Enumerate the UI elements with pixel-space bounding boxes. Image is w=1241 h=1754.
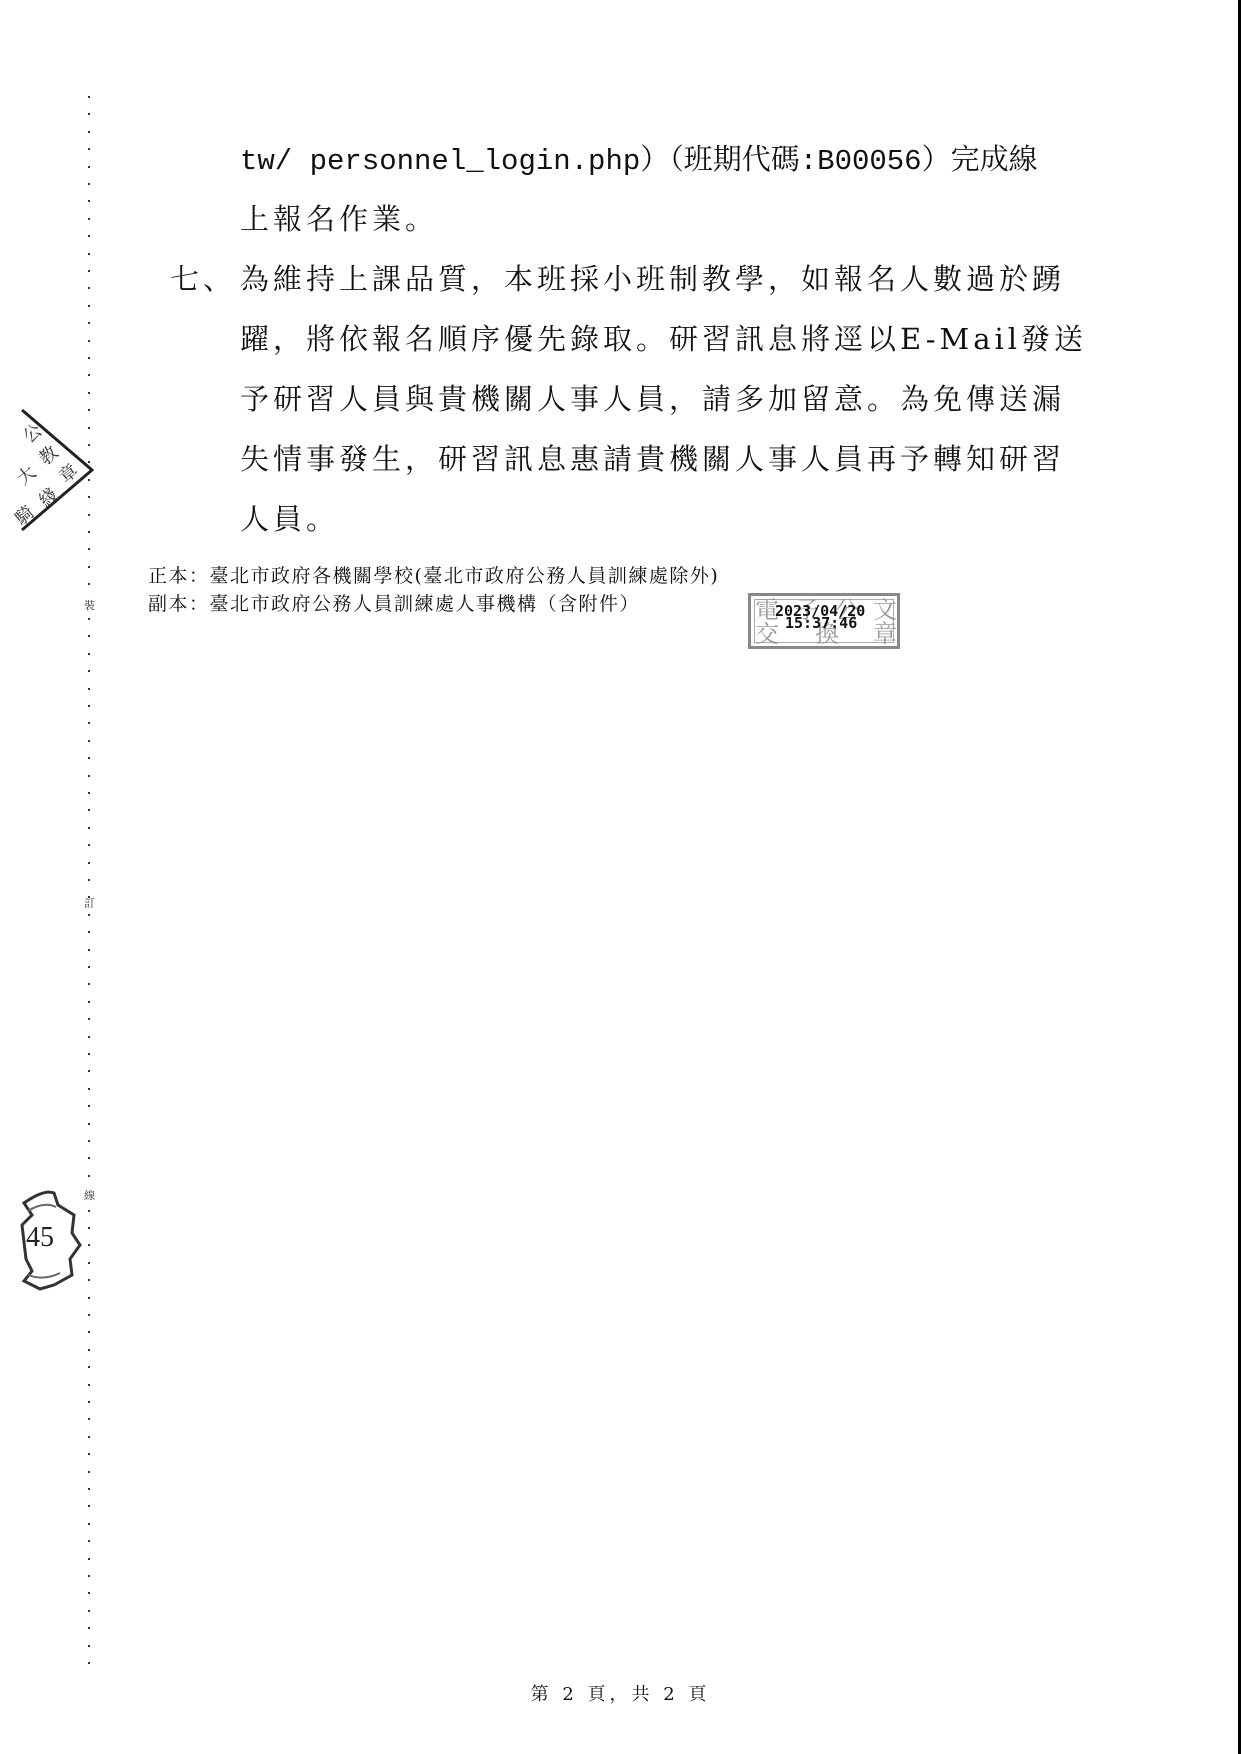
binding-dot bbox=[88, 1523, 90, 1525]
svg-text:公: 公 bbox=[19, 420, 46, 448]
svg-text:騎: 騎 bbox=[14, 502, 38, 530]
binding-dot bbox=[88, 1662, 90, 1664]
binding-dot bbox=[88, 1540, 90, 1542]
svg-text:綫: 綫 bbox=[35, 484, 62, 512]
binding-dot bbox=[88, 166, 90, 168]
stamp-char: 文 bbox=[873, 598, 897, 622]
binding-dot bbox=[88, 183, 90, 185]
binding-dot bbox=[88, 931, 90, 933]
binding-dot bbox=[88, 1070, 90, 1072]
seal-number: 45 bbox=[26, 1222, 54, 1254]
binding-dot bbox=[88, 1262, 90, 1264]
binding-dot bbox=[88, 1210, 90, 1212]
binding-dot bbox=[88, 392, 90, 394]
binding-dot bbox=[88, 374, 90, 376]
binding-dot bbox=[88, 844, 90, 846]
binding-dot bbox=[88, 1558, 90, 1560]
svg-text:大: 大 bbox=[14, 462, 40, 490]
item-7-line-5: 人員。 bbox=[240, 502, 339, 536]
continuation-line-1: tw/ personnel_login.php）（班期代碼:B00056）完成線 bbox=[240, 145, 1038, 178]
binding-dot bbox=[88, 1018, 90, 1020]
binding-dotted-line bbox=[86, 96, 94, 1676]
item-7-line-4: 失情事發生，研習訊息惠請貴機關人事人員再予轉知研習 bbox=[240, 442, 1065, 476]
binding-dot bbox=[88, 1418, 90, 1420]
binding-dot bbox=[88, 862, 90, 864]
binding-dot bbox=[88, 1314, 90, 1316]
binding-dot bbox=[88, 757, 90, 759]
binding-dot bbox=[88, 305, 90, 307]
binding-dot bbox=[88, 200, 90, 202]
binding-dot bbox=[88, 966, 90, 968]
binding-dot bbox=[88, 1175, 90, 1177]
binding-dot bbox=[88, 287, 90, 289]
binding-dot bbox=[88, 340, 90, 342]
binding-label-zhuang: 裝 bbox=[84, 600, 95, 612]
binding-dot bbox=[88, 1453, 90, 1455]
binding-dot bbox=[88, 322, 90, 324]
binding-dot bbox=[88, 96, 90, 98]
svg-text:教: 教 bbox=[35, 442, 62, 470]
item-7-line-2: 躍，將依報名順序優先錄取。研習訊息將逕以E-Mail發送 bbox=[240, 322, 1087, 356]
item-7-line-1: 為維持上課品質，本班採小班制教學，如報名人數過於踴 bbox=[240, 262, 1065, 296]
binding-dot bbox=[88, 1244, 90, 1246]
binding-dot bbox=[88, 1001, 90, 1003]
binding-dot bbox=[88, 1505, 90, 1507]
binding-dot bbox=[88, 253, 90, 255]
binding-dot bbox=[88, 949, 90, 951]
binding-dot bbox=[88, 1279, 90, 1281]
binding-dot bbox=[88, 583, 90, 585]
binding-dot bbox=[88, 827, 90, 829]
binding-dot bbox=[88, 235, 90, 237]
page-number-footer: 第 2 頁，共 2 頁 bbox=[0, 1680, 1241, 1706]
binding-dot bbox=[88, 1488, 90, 1490]
binding-dot bbox=[88, 357, 90, 359]
binding-dot bbox=[88, 1140, 90, 1142]
binding-dot bbox=[88, 1053, 90, 1055]
electronic-exchange-stamp: 電 子 公 文 交 換 章 2023/04/20 15:37:46 bbox=[748, 593, 900, 649]
item-7-line-3: 予研習人員與貴機關人事人員，請多加留意。為免傳送漏 bbox=[240, 382, 1065, 416]
binding-dot bbox=[88, 113, 90, 115]
binding-dot bbox=[88, 1105, 90, 1107]
binding-dot bbox=[88, 218, 90, 220]
binding-dot bbox=[88, 688, 90, 690]
binding-dot bbox=[88, 1123, 90, 1125]
binding-dot bbox=[88, 879, 90, 881]
binding-dot bbox=[88, 1157, 90, 1159]
stamp-char: 章 bbox=[873, 622, 897, 646]
binding-dot bbox=[88, 1088, 90, 1090]
binding-dot bbox=[88, 914, 90, 916]
binding-dot bbox=[88, 1436, 90, 1438]
binding-dot bbox=[88, 1366, 90, 1368]
binding-dot bbox=[88, 740, 90, 742]
binding-dot bbox=[88, 1645, 90, 1647]
binding-dot bbox=[88, 1401, 90, 1403]
binding-dot bbox=[88, 548, 90, 550]
binding-dot bbox=[88, 635, 90, 637]
binding-dot bbox=[88, 270, 90, 272]
binding-dot bbox=[88, 705, 90, 707]
binding-dot bbox=[88, 566, 90, 568]
binding-dot bbox=[88, 1471, 90, 1473]
binding-dot bbox=[88, 1592, 90, 1594]
binding-dot bbox=[88, 618, 90, 620]
binding-dot bbox=[88, 1575, 90, 1577]
binding-dot bbox=[88, 809, 90, 811]
binding-dot bbox=[88, 983, 90, 985]
item-number-7: 七、 bbox=[170, 262, 236, 296]
binding-dot bbox=[88, 1036, 90, 1038]
binding-dot bbox=[88, 1349, 90, 1351]
binding-dot bbox=[88, 148, 90, 150]
body-line: tw/ personnel_login.php）（班期代碼:B00056）完成線 bbox=[240, 142, 1038, 179]
binding-dot bbox=[88, 131, 90, 133]
seal-stamp-icon: 公 教 章 大 綫 騎 bbox=[14, 400, 94, 540]
binding-dot bbox=[88, 1627, 90, 1629]
binding-dot bbox=[88, 1610, 90, 1612]
binding-dot bbox=[88, 1227, 90, 1229]
binding-dot bbox=[88, 670, 90, 672]
binding-dot bbox=[88, 653, 90, 655]
stamp-char: 交 bbox=[755, 622, 779, 646]
binding-dot bbox=[88, 775, 90, 777]
stamp-time: 15:37:46 bbox=[785, 616, 857, 631]
binding-label-ding: 訂 bbox=[84, 898, 95, 910]
binding-dot bbox=[88, 1384, 90, 1386]
binding-dot bbox=[88, 792, 90, 794]
binding-dot bbox=[88, 722, 90, 724]
continuation-line-2: 上報名作業。 bbox=[240, 202, 438, 236]
binding-dot bbox=[88, 1297, 90, 1299]
binding-label-xian: 線 bbox=[84, 1190, 95, 1202]
binding-dot bbox=[88, 1331, 90, 1333]
distribution-original: 正本：臺北市政府各機關學校(臺北市政府公務人員訓練處除外) bbox=[148, 565, 719, 587]
distribution-copy: 副本：臺北市政府公務人員訓練處人事機構（含附件） bbox=[148, 593, 640, 615]
